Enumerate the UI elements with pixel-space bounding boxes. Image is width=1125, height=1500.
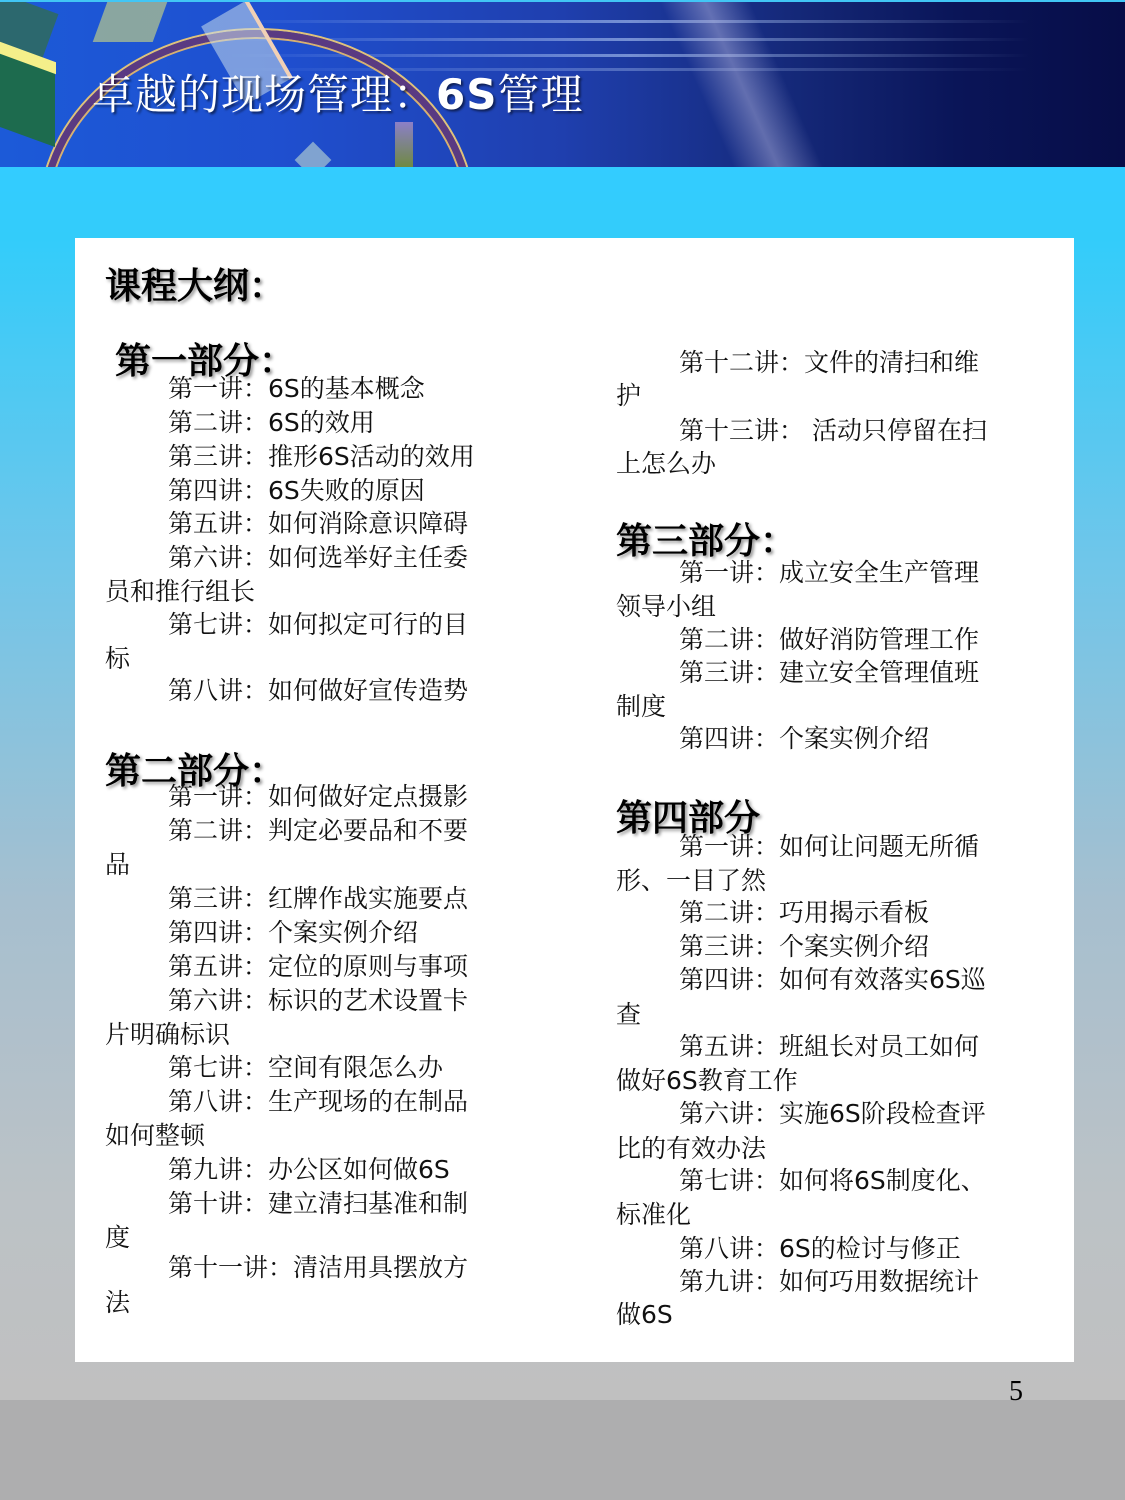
lecture-item: 第十二讲：文件的清扫和维	[679, 348, 979, 378]
lecture-item: 第五讲：定位的原则与事项	[168, 952, 468, 982]
lecture-item-continuation: 如何整顿	[105, 1121, 205, 1151]
light-streak	[230, 20, 1030, 23]
lecture-item: 第三讲：建立安全管理值班	[679, 658, 979, 688]
lecture-item: 第三讲：个案实例介绍	[679, 932, 929, 962]
lecture-item: 第二讲：做好消防管理工作	[679, 625, 979, 655]
lecture-item-continuation: 标	[105, 644, 130, 674]
footer-band	[0, 1400, 1125, 1500]
lecture-item: 第一讲：如何让问题无所循	[679, 832, 979, 862]
lecture-item-continuation: 制度	[616, 692, 666, 722]
lecture-item: 第一讲：成立安全生产管理	[679, 558, 979, 588]
lecture-item: 第七讲：空间有限怎么办	[168, 1053, 443, 1083]
lecture-item: 第十一讲：清洁用具摆放方	[168, 1253, 468, 1283]
title-bold: 6S	[436, 70, 497, 119]
lecture-item: 第四讲：如何有效落实6S巡	[679, 965, 986, 995]
outline-heading: 课程大纲：	[105, 258, 285, 309]
slide-title: 卓越的现场管理：6S管理	[92, 62, 584, 122]
section-heading: 第三部分：	[616, 513, 796, 564]
decorative-shape	[395, 122, 413, 167]
lecture-item: 第一讲：6S的基本概念	[168, 374, 425, 404]
lecture-item-continuation: 查	[616, 1000, 641, 1030]
lecture-item-continuation: 领导小组	[616, 592, 716, 622]
lecture-item: 第七讲：如何将6S制度化、	[679, 1166, 986, 1196]
lecture-item: 第七讲：如何拟定可行的目	[168, 610, 468, 640]
light-beam	[642, 0, 848, 167]
lecture-item: 第五讲：如何消除意识障碍	[168, 509, 468, 539]
lecture-item-continuation: 度	[105, 1223, 130, 1253]
decorative-shape	[93, 2, 168, 42]
lecture-item: 第九讲：如何巧用数据统计	[679, 1267, 979, 1297]
lecture-item-continuation: 片明确标识	[105, 1020, 230, 1050]
lecture-item: 第八讲：如何做好宣传造势	[168, 676, 468, 706]
lecture-item-continuation: 护	[616, 381, 641, 411]
light-streak	[230, 38, 1030, 41]
lecture-item: 第一讲：如何做好定点摄影	[168, 782, 468, 812]
page-number: 5	[1009, 1376, 1023, 1408]
lecture-item-continuation: 形、一目了然	[616, 866, 766, 896]
lecture-item: 第三讲：推形6S活动的效用	[168, 442, 475, 472]
lecture-item-continuation: 做6S	[616, 1300, 673, 1330]
lecture-item: 第二讲：6S的效用	[168, 408, 375, 438]
lecture-item: 第六讲：如何选举好主任委	[168, 543, 468, 573]
lecture-item-continuation: 品	[105, 850, 130, 880]
lecture-item: 第八讲：6S的检讨与修正	[679, 1234, 961, 1264]
lecture-item: 第三讲：红牌作战实施要点	[168, 884, 468, 914]
lecture-item-continuation: 做好6S教育工作	[616, 1066, 798, 1096]
title-suffix: 管理	[498, 70, 584, 119]
title-banner: 卓越的现场管理：6S管理	[0, 0, 1125, 167]
lecture-item: 第十三讲： 活动只停留在扫	[679, 416, 987, 446]
lecture-item: 第六讲：实施6S阶段检查评	[679, 1099, 986, 1129]
lecture-item: 第四讲：个案实例介绍	[168, 918, 418, 948]
lecture-item: 第六讲：标识的艺术设置卡	[168, 986, 468, 1016]
lecture-item: 第四讲：6S失败的原因	[168, 476, 425, 506]
lecture-item-continuation: 比的有效办法	[616, 1134, 766, 1164]
lecture-item-continuation: 上怎么办	[616, 449, 716, 479]
lecture-item: 第五讲：班組长对员工如何	[679, 1032, 979, 1062]
lecture-item-continuation: 法	[105, 1288, 130, 1318]
lecture-item: 第二讲：判定必要品和不要	[168, 816, 468, 846]
title-prefix: 卓越的现场管理：	[92, 70, 436, 119]
lecture-item: 第十讲：建立清扫基准和制	[168, 1189, 468, 1219]
lecture-item: 第四讲：个案实例介绍	[679, 724, 929, 754]
lecture-item: 第二讲：巧用揭示看板	[679, 898, 929, 928]
lecture-item-continuation: 标准化	[616, 1200, 691, 1230]
lecture-item: 第九讲：办公区如何做6S	[168, 1155, 450, 1185]
content-card: 课程大纲： 第一部分：第一讲：6S的基本概念第二讲：6S的效用第三讲：推形6S活…	[75, 238, 1074, 1362]
lecture-item: 第八讲：生产现场的在制品	[168, 1087, 468, 1117]
lecture-item-continuation: 员和推行组长	[105, 577, 255, 607]
